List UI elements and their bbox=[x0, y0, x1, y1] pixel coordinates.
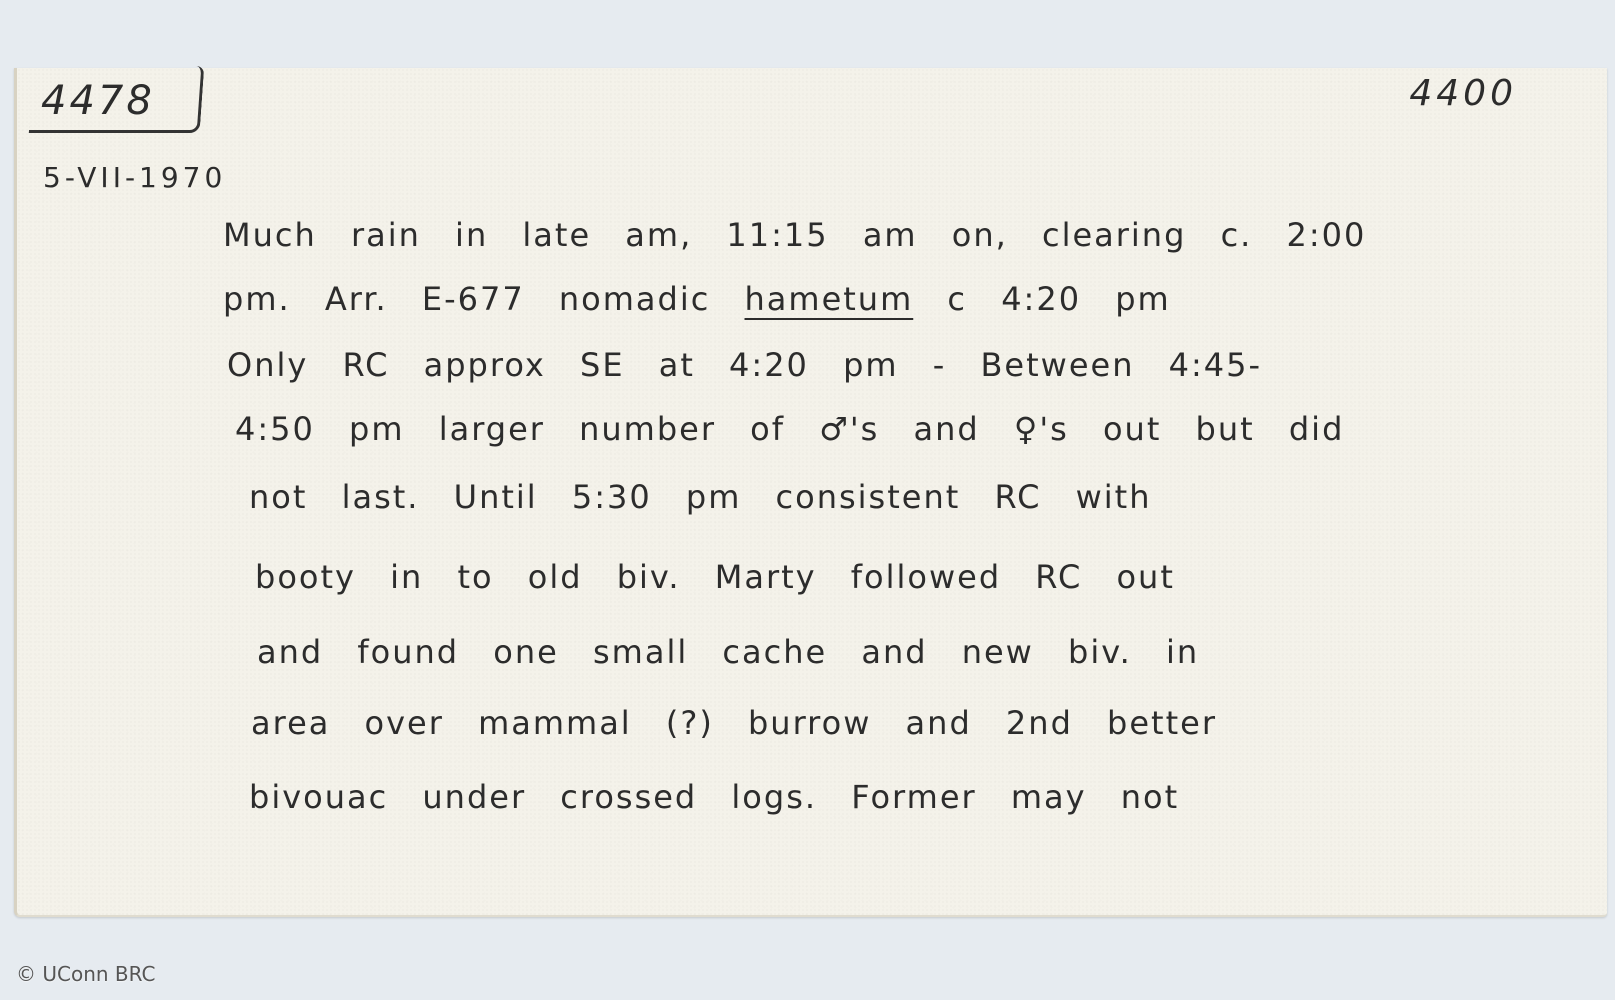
note-line-3: Only RC approx SE at 4:20 pm - Between 4… bbox=[227, 346, 1262, 384]
copyright-credit: © UConn BRC bbox=[16, 962, 156, 986]
note-line-6: booty in to old biv. Marty followed RC o… bbox=[255, 558, 1175, 596]
note-line-7: and found one small cache and new biv. i… bbox=[257, 633, 1199, 671]
note-line-4: 4:50 pm larger number of ♂'s and ♀'s out… bbox=[235, 410, 1344, 448]
note-line-2: pm. Arr. E-677 nomadic hametum c 4:20 pm bbox=[223, 280, 1171, 318]
reference-number: 4400 bbox=[1409, 73, 1517, 114]
catalog-number: 4478 bbox=[41, 78, 155, 124]
note-line-8: area over mammal (?) burrow and 2nd bett… bbox=[251, 704, 1217, 742]
note-line-1: Much rain in late am, 11:15 am on, clear… bbox=[223, 216, 1366, 254]
note-date: 5-VII-1970 bbox=[43, 161, 226, 194]
note-line-5: not last. Until 5:30 pm consistent RC wi… bbox=[249, 478, 1152, 516]
note-line-9: bivouac under crossed logs. Former may n… bbox=[249, 778, 1179, 816]
species-name: hametum bbox=[745, 280, 914, 318]
index-card: 4478 4400 5-VII-1970 Much rain in late a… bbox=[14, 68, 1607, 917]
